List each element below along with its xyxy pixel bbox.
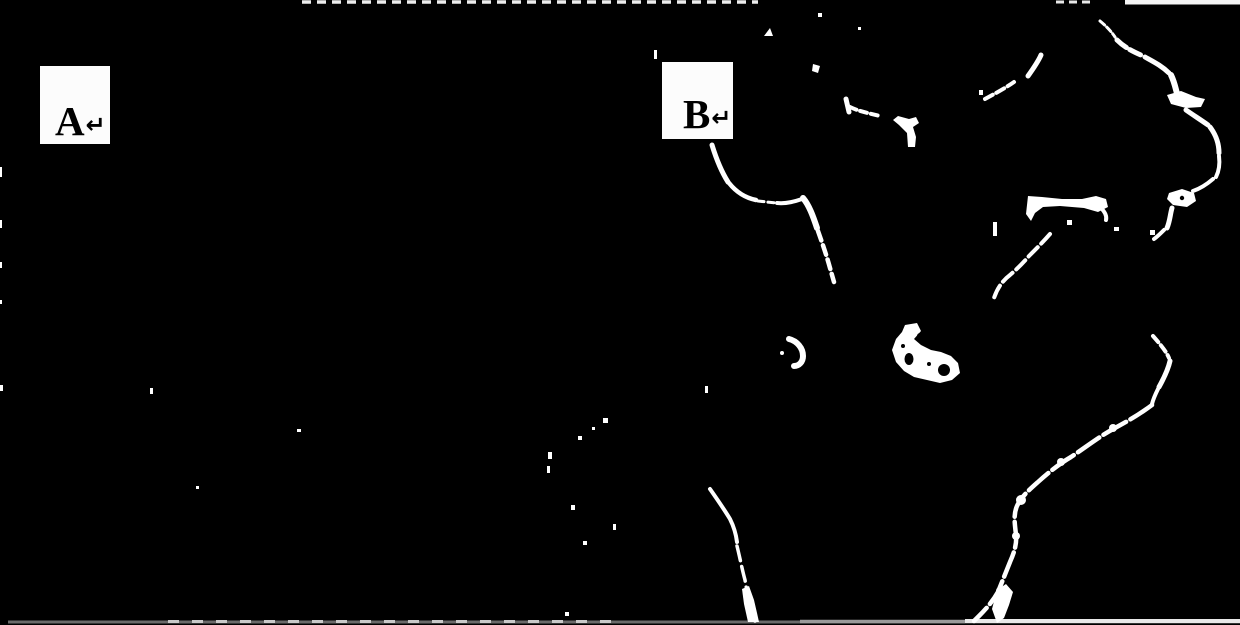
panel-b-label-box: B↵ <box>662 62 733 139</box>
black-background <box>0 0 1240 625</box>
micrograph-figure: A↵ B↵ <box>0 0 1240 625</box>
micrograph-traces-svg <box>0 0 1240 625</box>
panel-a-label-box: A↵ <box>40 66 110 144</box>
return-mark-icon: ↵ <box>711 108 731 130</box>
panel-b-label: B <box>683 99 710 130</box>
panel-a-label: A <box>55 106 85 137</box>
bottom-edge-artifacts <box>8 621 1240 622</box>
return-mark-icon: ↵ <box>86 115 106 137</box>
